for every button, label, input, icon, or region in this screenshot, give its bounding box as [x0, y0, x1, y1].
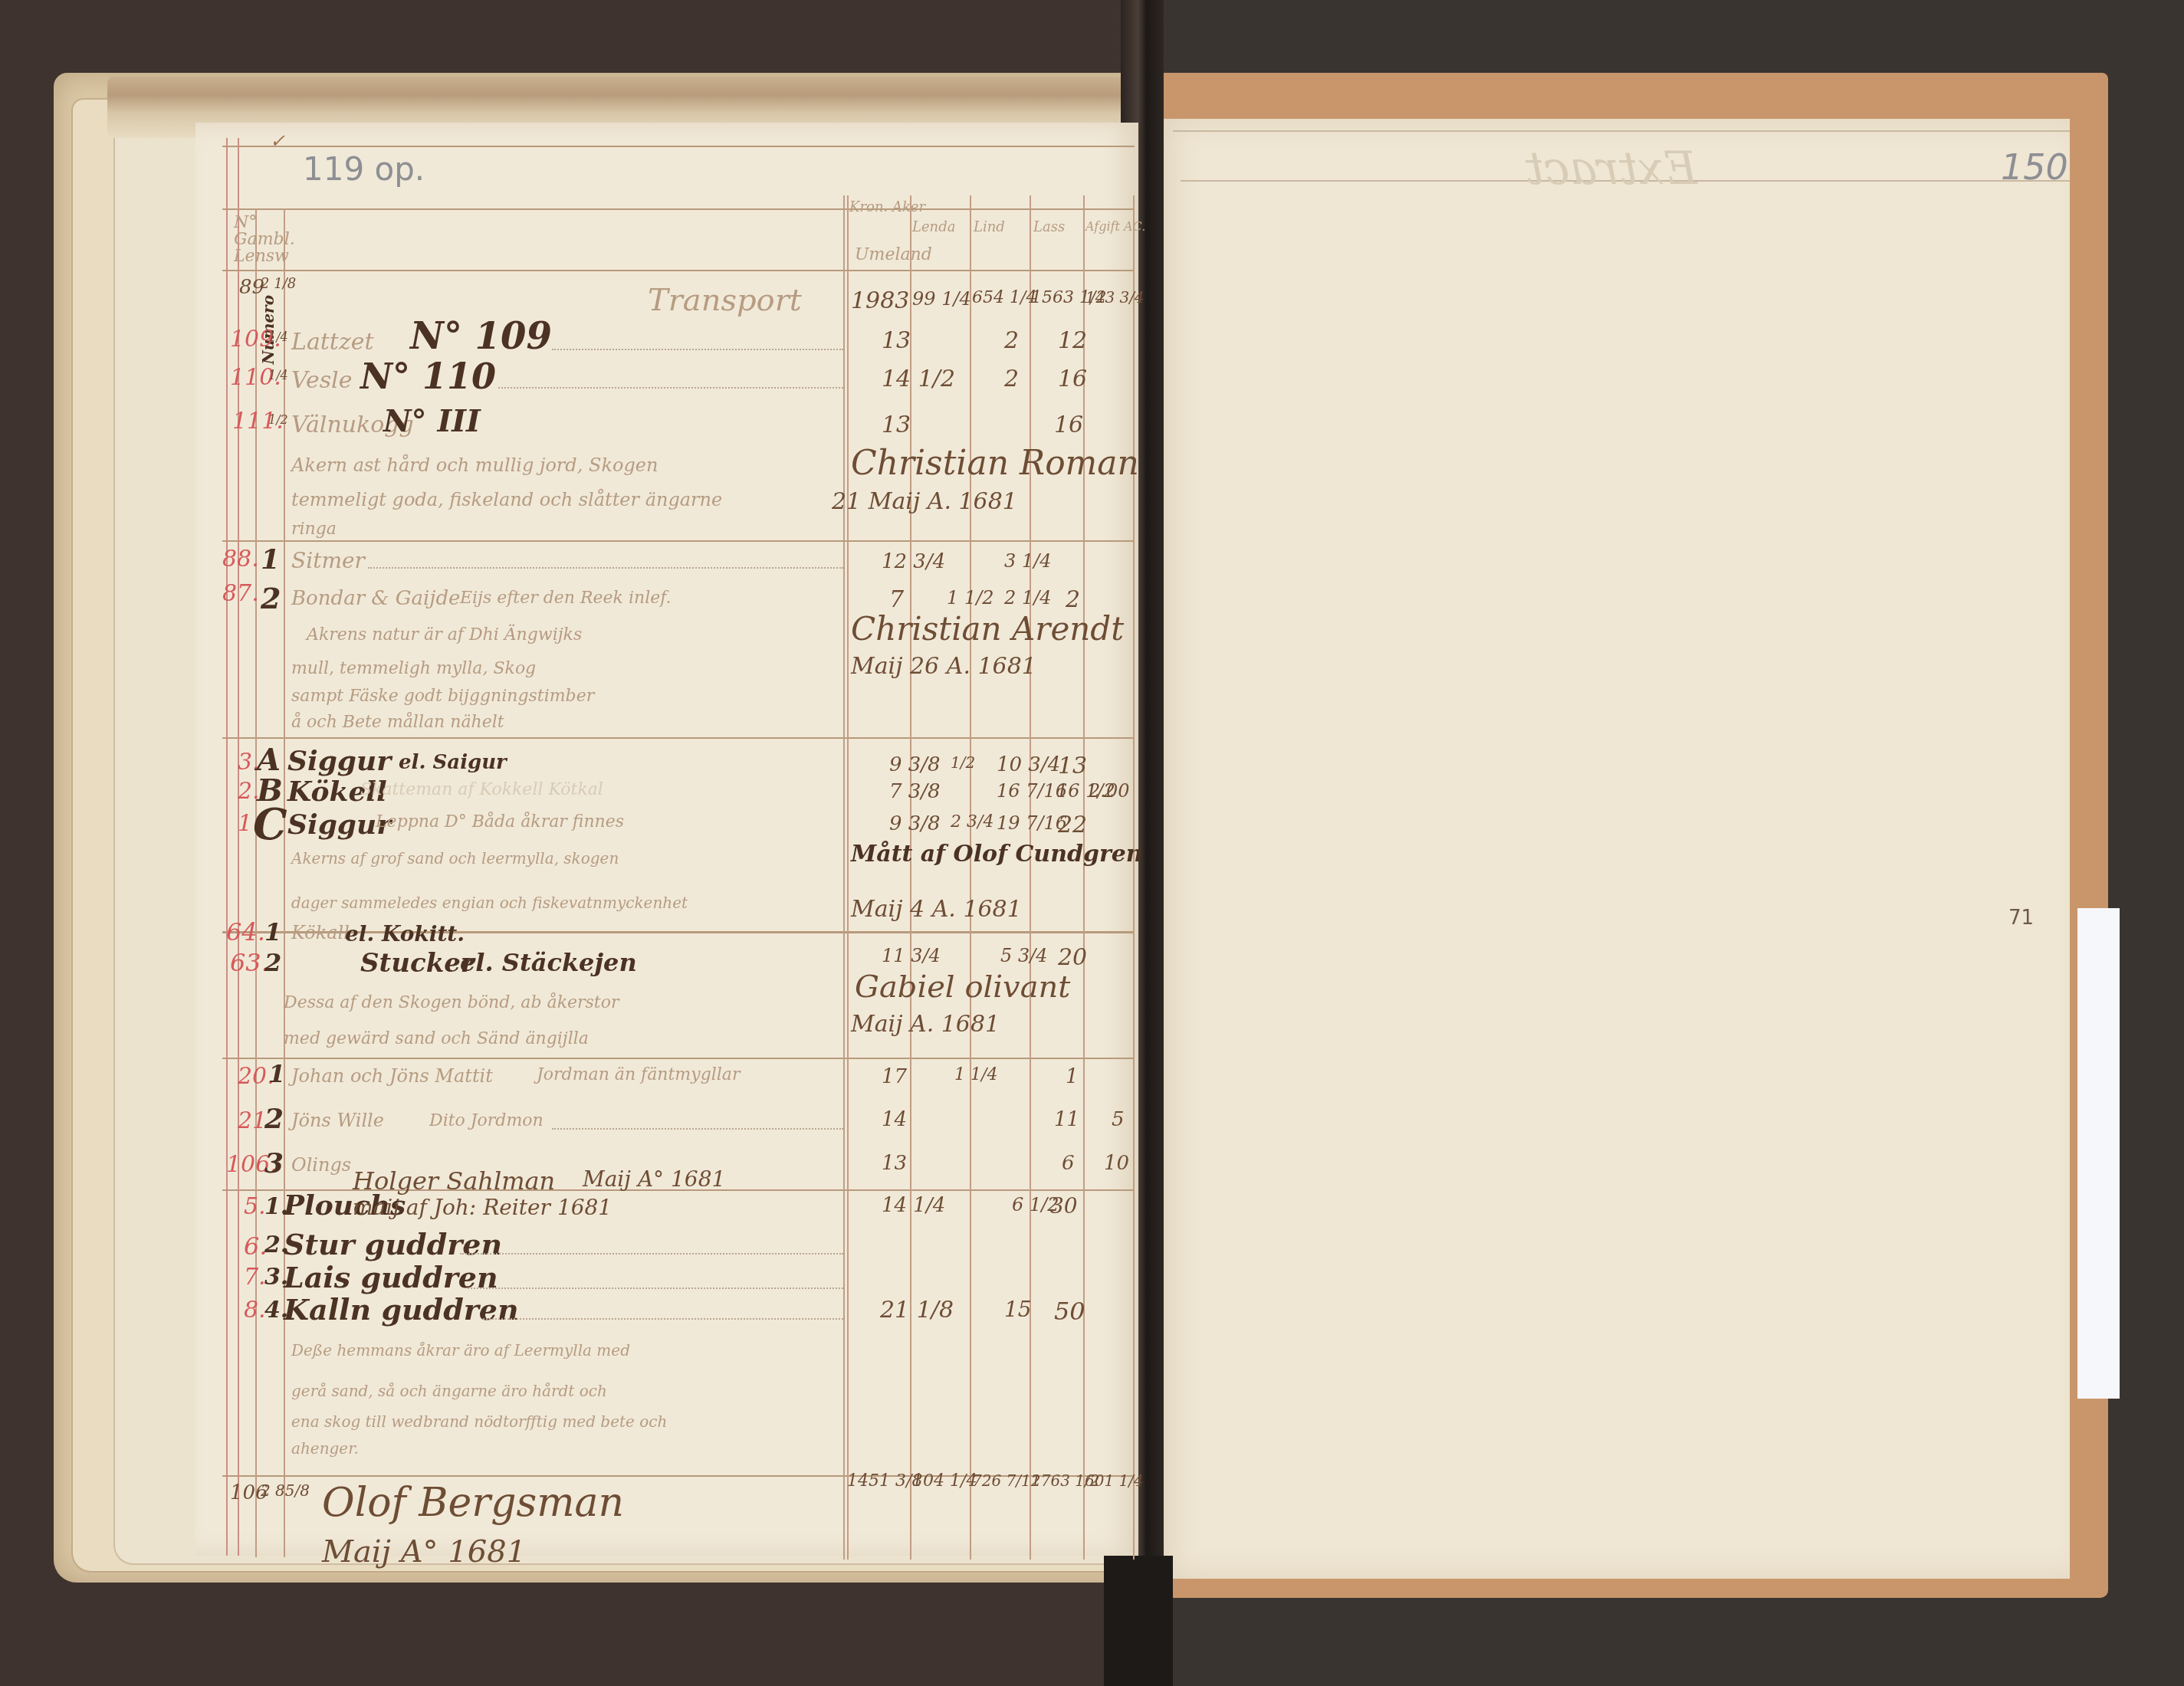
note-line: Deße hemmans åkrar äro af Leermylla med	[291, 1343, 630, 1358]
signature-date: Maij 4 A. 1681	[851, 898, 1022, 921]
farm-name: Lais guddren	[284, 1263, 498, 1292]
farm-name: Stur guddren	[284, 1230, 502, 1259]
cell: 21 1/8	[880, 1299, 954, 1322]
red-number: 87.	[222, 582, 259, 605]
note-line: Dessa af den Skogen bönd, ab åkerstor	[284, 995, 619, 1012]
signature: Christian Roman	[851, 447, 1139, 481]
leader-dots	[498, 387, 843, 389]
red-number: 6.	[244, 1234, 268, 1258]
col-line-lenda	[910, 195, 911, 1560]
row-number: 2	[264, 950, 281, 975]
transport-lenda: 99 1/4	[912, 290, 971, 308]
note-line: gerå sand, så och ängarne äro hårdt och	[291, 1383, 607, 1399]
farm-number: N° 110	[360, 359, 496, 394]
final-signature: Olof Bergsman	[322, 1483, 624, 1523]
header-col-lind: Lind	[974, 221, 1005, 235]
cell: 13	[1058, 755, 1087, 778]
cell: 5	[1112, 1110, 1125, 1130]
leader-dots	[552, 349, 843, 350]
cell: 9 3/8	[889, 814, 941, 834]
signature: Gabiel olivant	[855, 972, 1070, 1002]
cell: 30	[1050, 1196, 1078, 1217]
cell: 22	[1058, 814, 1087, 837]
farm-name: Stucker	[360, 950, 475, 976]
cell: 11	[1054, 1110, 1079, 1130]
signature-date: 21 Maij A. 1681	[832, 490, 1017, 513]
cell: 7	[889, 589, 904, 612]
farm-name: Vesle	[291, 369, 352, 392]
cell: 10 3/4	[997, 755, 1060, 775]
cell: 2 1/4	[1004, 589, 1052, 607]
farm-name-struck: Kökall	[291, 923, 350, 942]
transport-kron: 1983	[851, 290, 909, 313]
farm-extra: Leppna D° Båda åkrar finnes	[376, 814, 624, 831]
final-signature-date: Maij A° 1681	[322, 1537, 526, 1567]
leader-dots	[552, 1128, 843, 1130]
cell: 13	[882, 1153, 907, 1173]
cell: 17	[882, 1067, 907, 1087]
rule-top	[222, 146, 1135, 147]
note-line: temmeligt goda, fiskeland och slåtter än…	[291, 490, 722, 509]
cell: 50	[1054, 1299, 1085, 1324]
farm-extra: el. Stäckejen	[460, 950, 637, 975]
farm-name: Kalln guddren	[284, 1295, 519, 1324]
cell: 19 7/16	[997, 814, 1067, 832]
cell: 5 3/4	[1000, 946, 1048, 965]
cell: 1/2	[951, 755, 975, 770]
cell: 12	[1058, 330, 1087, 353]
cell: 14 1/4	[882, 1196, 945, 1215]
rule-group-1	[222, 540, 1135, 542]
farm-extra: Dito Jordmon	[429, 1113, 544, 1130]
signature: Mått af Olof Cundgren	[851, 843, 1143, 866]
farm-name: Jöns Wille	[291, 1111, 384, 1130]
rule-group-4	[222, 1058, 1135, 1059]
farm-name: Bondar & Gaijde	[291, 589, 460, 608]
rule-group-2	[222, 737, 1135, 739]
col-line-kron2	[847, 195, 849, 1560]
red-number: 88.	[222, 548, 259, 571]
total-afgift: 601 1/4	[1085, 1473, 1144, 1488]
leader-dots	[468, 1287, 843, 1289]
cell: 3 1/4	[1004, 552, 1052, 570]
signature-date: Maij A° 1681	[583, 1169, 725, 1190]
signature: Christian Arendt	[851, 613, 1124, 645]
note-line: Akerns af grof sand och leermylla, skoge…	[291, 851, 619, 866]
transport-frac: 2 1/8	[261, 277, 296, 291]
note-line: ena skog till wedbrand nödtorfftig med b…	[291, 1414, 667, 1429]
cell: 20	[1058, 946, 1087, 969]
cell: 11 3/4	[882, 946, 941, 965]
note-line: dager sammeledes engian och fiskevatnmyc…	[291, 895, 688, 910]
farm-name: Johan och Jöns Mattit	[291, 1067, 493, 1085]
header-col-kron: Kron. Aker	[849, 201, 925, 215]
col-line-numero	[284, 208, 285, 1557]
farm-number: N° 109	[410, 318, 552, 355]
col-line-kron	[843, 195, 845, 1560]
farm-extra: el. Saigur	[399, 753, 507, 772]
cell: 15	[1004, 1299, 1032, 1320]
total-kron: 1451 3/8	[847, 1473, 922, 1490]
cell: 10	[1104, 1153, 1129, 1173]
total-frac: 2 85/8	[261, 1483, 310, 1498]
cell: 9 3/8	[889, 755, 941, 775]
note-line: mull, temmeligh mylla, Skog	[291, 661, 536, 677]
cell: 2	[1066, 589, 1080, 612]
transport-lind: 654 1/4	[972, 290, 1036, 307]
cell: 1 1/4	[954, 1067, 997, 1084]
row-number: 1	[264, 920, 281, 944]
farm-name: Olings	[291, 1156, 351, 1174]
red-number: 8.	[244, 1299, 266, 1322]
leader-dots	[483, 1318, 843, 1320]
cell: 16	[1054, 414, 1083, 437]
cell: 12 3/4	[882, 552, 945, 572]
note-line: å och Bete mållan nähelt	[291, 714, 504, 731]
row-number: 1	[261, 546, 280, 573]
cell: 16	[1058, 368, 1087, 391]
note-line: ringa	[291, 521, 337, 538]
header-col-lenda: Lenda	[912, 221, 955, 235]
farm-name: Siggur	[287, 747, 391, 775]
row-fraction: 1/4	[268, 331, 288, 343]
cell: 1 1/2	[947, 589, 994, 607]
cell: 2.00	[1089, 782, 1129, 800]
farm-name: Sitmer	[291, 550, 365, 572]
folio-number: 150	[2001, 149, 2068, 185]
farm-extra: Jordman än fäntmygllar	[537, 1067, 740, 1084]
col-line-lass	[1030, 195, 1031, 1560]
farm-number: N° III	[383, 406, 481, 437]
rule-top-right	[1173, 130, 2070, 132]
farm-extra: Skatteman af Kokkell Kötkal	[360, 782, 603, 799]
row-fraction: 1/2	[268, 414, 288, 426]
check-mark: ✓	[270, 132, 285, 150]
cell: 13	[882, 414, 911, 437]
margin-line	[226, 138, 228, 1556]
row-fraction: 1/4	[268, 369, 288, 382]
note-line: med gewärd sand och Sänd ängijlla	[284, 1031, 589, 1048]
farm-extra: el. Kokitt.	[345, 923, 465, 945]
rule-header-top	[222, 208, 1135, 210]
header-col-no: N° Gambl. Lensw	[234, 215, 280, 265]
cell: 1	[1066, 1067, 1079, 1087]
total-lenda: 104 1/4	[912, 1473, 977, 1490]
header-col-lass: Lass	[1033, 221, 1065, 235]
header-col-umeland: Umeland	[855, 247, 932, 264]
rule-header-bottom	[222, 270, 1135, 271]
note-line: ahenger.	[291, 1441, 359, 1456]
row-letter: A	[257, 745, 281, 776]
cell: 2	[1004, 330, 1019, 353]
cell: 7 3/8	[889, 782, 941, 802]
red-number: 63.	[230, 950, 269, 975]
cell: 14	[882, 1110, 907, 1130]
note-line: Akrens natur är af Dhi Ängwijks	[307, 627, 582, 644]
signature-date: Maij 26 A. 1681	[851, 655, 1036, 678]
header-col-afgift: Afgift AC.	[1085, 221, 1145, 233]
row-number: 2	[264, 1105, 284, 1133]
col-line-end	[1133, 195, 1135, 1560]
farm-name: Lattzet	[291, 331, 374, 354]
col-line-lind	[970, 195, 971, 1560]
cell: 6	[1062, 1153, 1075, 1173]
spine-bottom	[1104, 1556, 1173, 1686]
signature-date: Maij A. 1681	[851, 1013, 1000, 1036]
row-number: 1	[268, 1061, 285, 1086]
row-number: 3	[264, 1150, 284, 1177]
pencil-folio-mark: 119 op.	[303, 153, 425, 185]
leader-dots	[368, 567, 843, 569]
row-letter: C	[253, 803, 287, 846]
red-number: 5.	[244, 1196, 266, 1219]
transport-afgift: 143 3/4	[1085, 290, 1145, 305]
red-number: 7.	[244, 1266, 266, 1289]
right-page	[1150, 119, 2070, 1579]
bleed-through-heading: Extract	[1526, 146, 1697, 192]
note-line: Akern ast hård och mullig jord, Skogen	[291, 456, 658, 474]
leader-dots	[460, 1253, 843, 1255]
row-number: 2	[261, 584, 281, 613]
margin-note: 71	[2008, 908, 2034, 928]
red-number: 64.	[226, 920, 265, 944]
transport-label: Transport	[648, 285, 802, 316]
cell: 2 3/4	[951, 814, 993, 831]
farm-extra: maij af Joh: Reiter 1681	[353, 1197, 612, 1219]
note-line: sampt Fäske godt bijggningstimber	[291, 688, 594, 705]
cell: 14 1/2	[882, 368, 955, 391]
cell: 2	[1004, 368, 1019, 391]
farm-extra: Eijs efter den Reek inlef.	[460, 590, 672, 607]
cell: 13	[882, 330, 911, 353]
col-line-afgift	[1083, 195, 1085, 1560]
inserted-paper-slip	[2077, 908, 2120, 1399]
